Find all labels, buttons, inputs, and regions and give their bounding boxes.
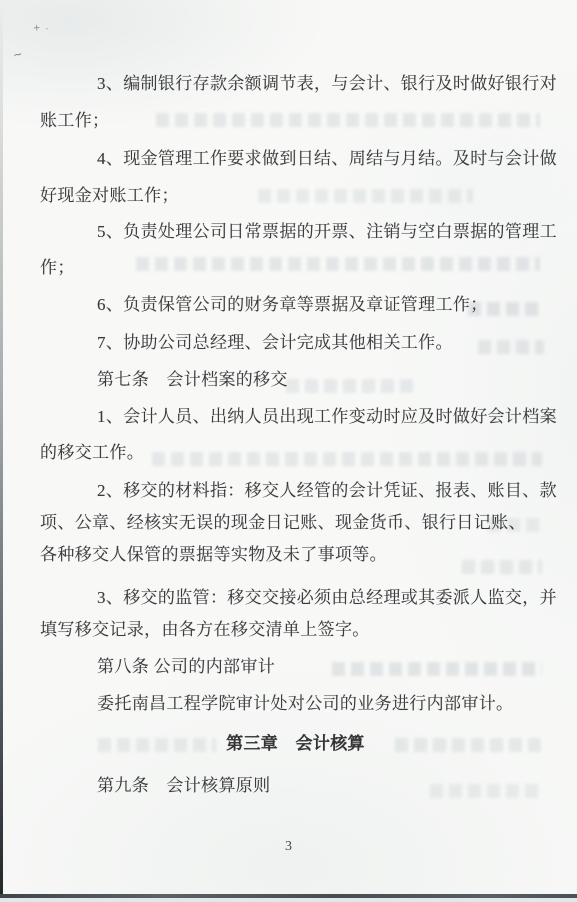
scanned-document-page: 3、编制银行存款余额调节表，与会计、银行及时做好银行对 账工作； 4、现金管理工… — [0, 0, 577, 902]
bleedthrough-artifact — [286, 379, 416, 393]
body-line: 项、公章、经核实无误的现金日记账、现金货币、银行日记账、 — [40, 513, 526, 533]
body-line: 3、编制银行存款余额调节表，与会计、银行及时做好银行对 — [97, 74, 557, 94]
pencil-mark: ~ — [12, 47, 25, 62]
body-line: 各种移交人保管的票据等实物及未了事项等。 — [40, 545, 387, 565]
bleedthrough-artifact — [430, 784, 542, 798]
body-line: 好现金对账工作； — [40, 186, 179, 206]
bleedthrough-artifact — [478, 340, 544, 354]
body-line: 作； — [40, 258, 75, 278]
bleedthrough-artifact — [136, 257, 540, 271]
body-line: 账工作； — [40, 111, 109, 131]
article-9-heading: 第九条 会计核算原则 — [97, 776, 271, 796]
page-number: 3 — [0, 839, 577, 855]
body-line: 的移交工作。 — [40, 443, 144, 463]
bleedthrough-artifact — [258, 189, 473, 203]
bleedthrough-artifact — [152, 452, 542, 466]
body-line: 2、移交的材料指：移交人经管的会计凭证、报表、账目、款 — [97, 481, 557, 501]
article-8-heading: 第八条 公司的内部审计 — [97, 657, 275, 677]
bleedthrough-artifact — [462, 560, 542, 574]
bleedthrough-artifact — [156, 113, 540, 127]
scanner-bed-strip — [0, 898, 577, 902]
scan-left-edge — [0, 0, 3, 894]
body-line: 委托南昌工程学院审计处对公司的业务进行内部审计。 — [97, 694, 513, 714]
article-7-heading: 第七条 会计档案的移交 — [97, 370, 288, 390]
body-line: 5、负责处理公司日常票据的开票、注销与空白票据的管理工 — [97, 222, 557, 242]
body-line: 填写移交记录，由各方在移交清单上签字。 — [40, 620, 370, 640]
bleedthrough-artifact — [332, 662, 542, 676]
pencil-mark: + . — [33, 22, 50, 34]
body-line: 6、负责保管公司的财务章等票据及章证管理工作； — [97, 295, 488, 315]
body-line: 4、现金管理工作要求做到日结、周结与月结。及时与会计做 — [97, 149, 557, 169]
body-line: 3、移交的监管：移交交接必须由总经理或其委派人监交，并 — [97, 588, 557, 608]
body-line: 1、会计人员、出纳人员出现工作变动时应及时做好会计档案 — [97, 407, 557, 427]
chapter-3-heading: 第三章 会计核算 — [0, 734, 577, 754]
body-line: 7、协助公司总经理、会计完成其他相关工作。 — [97, 333, 453, 353]
